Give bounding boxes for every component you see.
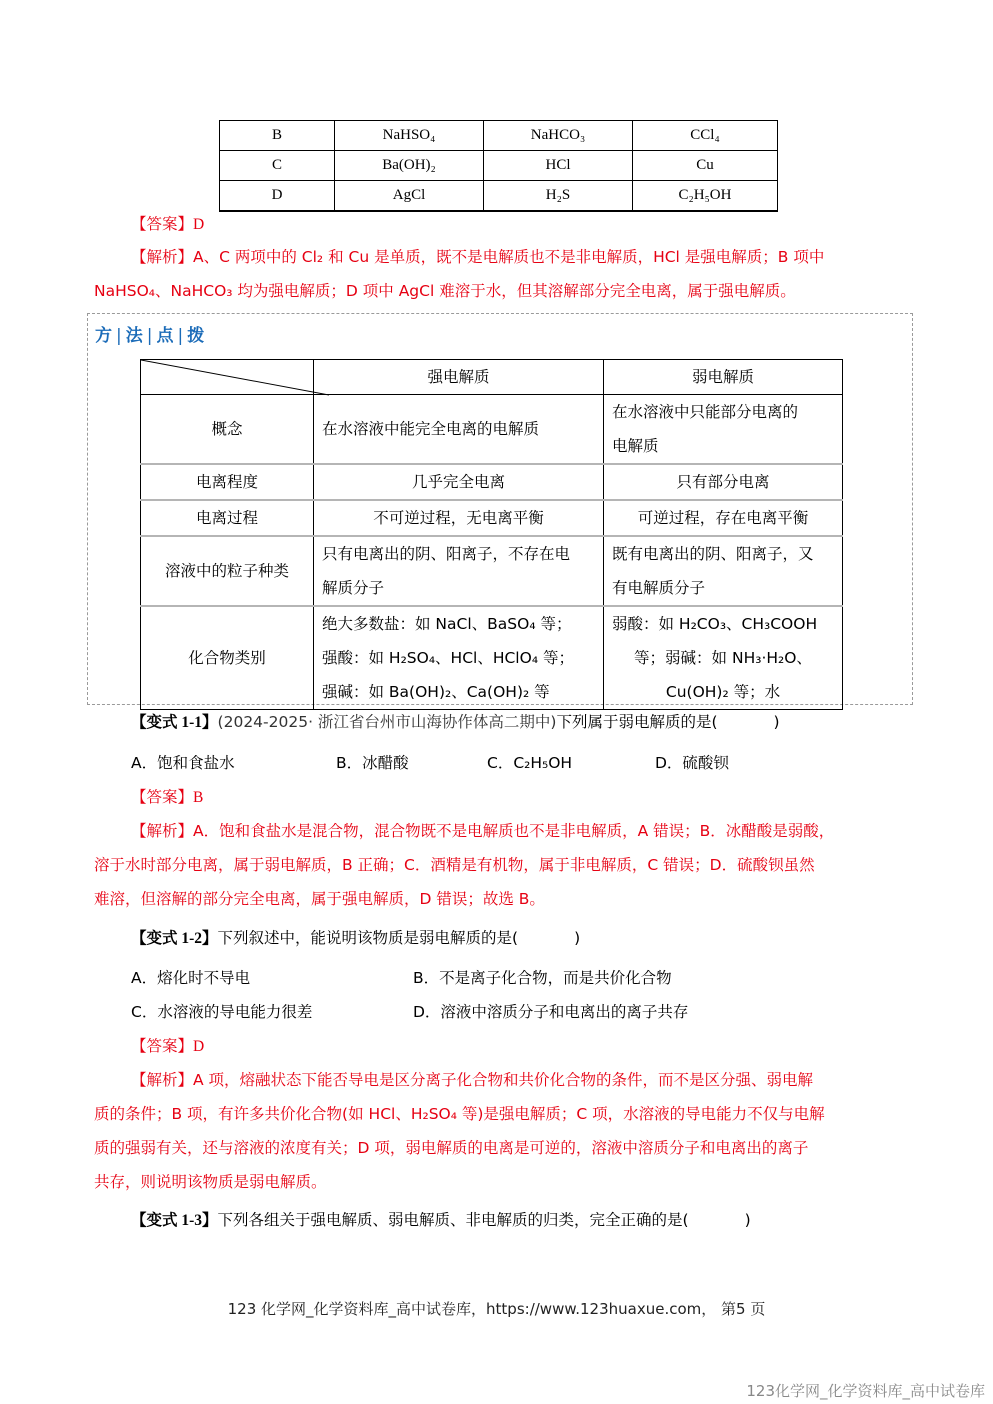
question-text: 下列各组关于强电解质、弱电解质、非电解质的归类，完全正确的是(	[218, 1211, 689, 1229]
title-char: 拨	[187, 326, 205, 346]
analysis-line: 【解析】A、C 两项中的 Cl₂ 和 Cu 是单质，既不是电解质也不是非电解质，…	[131, 247, 824, 267]
strong-cell: 只有电离出的阴、阳离子，不存在电 解质分子	[314, 536, 604, 606]
row-name: 概念	[141, 395, 314, 465]
table-row: 概念 在水溶液中能完全电离的电解质 在水溶液中只能部分电离的 电解质	[141, 395, 843, 465]
title-separator: |	[177, 326, 184, 346]
option-a: A．饱和食盐水	[131, 753, 235, 773]
table-cell: Cu	[633, 151, 778, 181]
cell-line: 解质分子	[322, 571, 595, 605]
header-strong: 强电解质	[314, 360, 604, 395]
cell-line: 在水溶液中只能部分电离的	[612, 395, 834, 429]
row-name: 电离程度	[141, 464, 314, 500]
answer-tag: 【答案】	[131, 1037, 193, 1055]
analysis-text: A．饱和食盐水是混合物，混合物既不是电解质也不是非电解质，A 错误；B．冰醋酸是…	[193, 822, 834, 840]
cell-line: 只有电离出的阴、阳离子，不存在电	[322, 537, 595, 571]
analysis-line: 质的条件；B 项，有许多共价化合物(如 HCl、H₂SO₄ 等)是强电解质；C …	[94, 1104, 825, 1124]
analysis-line: 【解析】A 项，熔融状态下能否导电是区分离子化合物和共价化合物的条件，而不是区分…	[131, 1070, 813, 1090]
table-cell: C₂H₅OH	[633, 181, 778, 212]
question-text: 下列属于弱电解质的是(	[556, 713, 717, 731]
answer-tag: 【答案】	[131, 788, 193, 806]
table-row: 电离程度 几乎完全电离 只有部分电离	[141, 464, 843, 500]
row-name: 溶液中的粒子种类	[141, 536, 314, 606]
cell-line: 绝大多数盐：如 NaCl、BaSO₄ 等；	[322, 607, 595, 641]
question-1-1-stem: 【变式 1-1】(2024-2025· 浙江省台州市山海协作体高二期中)下列属于…	[131, 712, 780, 733]
analysis-tag: 【解析】	[131, 248, 193, 266]
weak-cell: 在水溶液中只能部分电离的 电解质	[604, 395, 843, 465]
question-label: 【变式 1-3】	[131, 1212, 218, 1229]
options-table: B NaHSO₄ NaHCO₃ CCl₄ C Ba(OH)₂ HCl Cu D …	[219, 120, 778, 212]
table-row: 化合物类别 绝大多数盐：如 NaCl、BaSO₄ 等； 强酸：如 H₂SO₄、H…	[141, 606, 843, 710]
table-cell: Ba(OH)₂	[335, 151, 484, 181]
analysis-line: 质的强弱有关，还与溶液的浓度有关；D 项，弱电解质的电离是可逆的，溶液中溶质分子…	[94, 1138, 808, 1158]
header-weak: 弱电解质	[604, 360, 843, 395]
analysis-tag: 【解析】	[131, 822, 193, 840]
analysis-line: 共存，则说明该物质是弱电解质。	[94, 1172, 327, 1192]
option-b: B．冰醋酸	[336, 753, 409, 773]
title-char: 法	[126, 326, 144, 346]
analysis-line: NaHSO₄、NaHCO₃ 均为强电解质；D 项中 AgCl 难溶于水，但其溶解…	[94, 281, 796, 301]
strong-cell: 在水溶液中能完全电离的电解质	[314, 395, 604, 465]
table-cell: B	[220, 121, 335, 151]
analysis-tag: 【解析】	[131, 1071, 193, 1089]
comparison-table: 强电解质 弱电解质 概念 在水溶液中能完全电离的电解质 在水溶液中只能部分电离的…	[140, 359, 843, 710]
strong-cell: 几乎完全电离	[314, 464, 604, 500]
analysis-text: A、C 两项中的 Cl₂ 和 Cu 是单质，既不是电解质也不是非电解质，HCl …	[193, 248, 824, 266]
answer-line: 【答案】D	[131, 1036, 204, 1057]
answer-line: 【答案】D	[131, 214, 204, 235]
cell-line: 既有电离出的阴、阳离子，又	[612, 537, 834, 571]
strong-cell: 不可逆过程，无电离平衡	[314, 500, 604, 536]
answer-tag: 【答案】	[131, 215, 193, 233]
table-cell: C	[220, 151, 335, 181]
blank-close: )	[774, 713, 780, 731]
table-row: D AgCl H₂S C₂H₅OH	[220, 181, 778, 212]
table-cell: NaHCO₃	[484, 121, 633, 151]
weak-cell: 可逆过程，存在电离平衡	[604, 500, 843, 536]
cell-line: 强碱：如 Ba(OH)₂、Ca(OH)₂ 等	[322, 675, 595, 709]
weak-cell: 弱酸：如 H₂CO₃、CH₃COOH 等；弱碱：如 NH₃·H₂O、 Cu(OH…	[604, 606, 843, 710]
title-char: 方	[95, 326, 113, 346]
analysis-line: 溶于水时部分电离，属于弱电解质，B 正确；C．酒精是有机物，属于非电解质，C 错…	[94, 855, 815, 875]
table-row: 电离过程 不可逆过程，无电离平衡 可逆过程，存在电离平衡	[141, 500, 843, 536]
question-1-2-stem: 【变式 1-2】下列叙述中，能说明该物质是弱电解质的是()	[131, 928, 580, 949]
analysis-line: 【解析】A．饱和食盐水是混合物，混合物既不是电解质也不是非电解质，A 错误；B．…	[131, 821, 834, 841]
row-name: 电离过程	[141, 500, 314, 536]
table-cell: AgCl	[335, 181, 484, 212]
question-label: 【变式 1-1】	[131, 714, 218, 731]
blank-close: )	[745, 1211, 751, 1229]
weak-cell: 只有部分电离	[604, 464, 843, 500]
title-separator: |	[147, 326, 154, 346]
table-cell: HCl	[484, 151, 633, 181]
row-name: 化合物类别	[141, 606, 314, 710]
option-d: D．溶液中溶质分子和电离出的离子共存	[413, 1002, 688, 1022]
table-cell: CCl₄	[633, 121, 778, 151]
option-b: B．不是离子化合物，而是共价化合物	[413, 968, 672, 988]
analysis-line: 难溶，但溶解的部分完全电离，属于强电解质，D 错误；故选 B。	[94, 889, 545, 909]
table-row: B NaHSO₄ NaHCO₃ CCl₄	[220, 121, 778, 151]
title-char: 点	[156, 326, 174, 346]
question-text: 下列叙述中，能说明该物质是弱电解质的是(	[218, 929, 519, 947]
cell-line: Cu(OH)₂ 等；水	[612, 675, 834, 709]
watermark: 123化学网_化学资料库_高中试卷库	[746, 1380, 985, 1401]
table-cell: H₂S	[484, 181, 633, 212]
table-row: C Ba(OH)₂ HCl Cu	[220, 151, 778, 181]
table-header-row: 强电解质 弱电解质	[141, 360, 843, 395]
table-cell: D	[220, 181, 335, 212]
answer-value: B	[193, 789, 203, 806]
analysis-text: A 项，熔融状态下能否导电是区分离子化合物和共价化合物的条件，而不是区分强、弱电…	[193, 1071, 813, 1089]
blank-close: )	[574, 929, 580, 947]
option-a: A．熔化时不导电	[131, 968, 250, 988]
option-c: C．C₂H₅OH	[487, 753, 572, 773]
cell-line: 有电解质分子	[612, 571, 834, 605]
method-tip-title: 方|法|点|拨	[95, 321, 205, 346]
cell-line: 等；弱碱：如 NH₃·H₂O、	[612, 641, 834, 675]
answer-value: D	[193, 216, 204, 233]
question-source: (2024-2025· 浙江省台州市山海协作体高二期中)	[218, 713, 557, 731]
question-label: 【变式 1-2】	[131, 930, 218, 947]
cell-line: 弱酸：如 H₂CO₃、CH₃COOH	[612, 607, 834, 641]
strong-cell: 绝大多数盐：如 NaCl、BaSO₄ 等； 强酸：如 H₂SO₄、HCl、HCl…	[314, 606, 604, 710]
answer-value: D	[193, 1038, 204, 1055]
option-c: C．水溶液的导电能力很差	[131, 1002, 312, 1022]
diagonal-line-icon	[141, 360, 329, 396]
page-footer: 123 化学网_化学资料库_高中试卷库，https://www.123huaxu…	[0, 1298, 993, 1319]
cell-line: 强酸：如 H₂SO₄、HCl、HClO₄ 等；	[322, 641, 595, 675]
table-row: 溶液中的粒子种类 只有电离出的阴、阳离子，不存在电 解质分子 既有电离出的阴、阳…	[141, 536, 843, 606]
title-separator: |	[116, 326, 123, 346]
table-cell: NaHSO₄	[335, 121, 484, 151]
option-d: D．硫酸钡	[655, 753, 729, 773]
cell-line: 电解质	[612, 429, 834, 463]
question-1-3-stem: 【变式 1-3】下列各组关于强电解质、弱电解质、非电解质的归类，完全正确的是()	[131, 1210, 751, 1231]
diagonal-header-cell	[141, 360, 314, 395]
weak-cell: 既有电离出的阴、阳离子，又 有电解质分子	[604, 536, 843, 606]
answer-line: 【答案】B	[131, 787, 203, 808]
